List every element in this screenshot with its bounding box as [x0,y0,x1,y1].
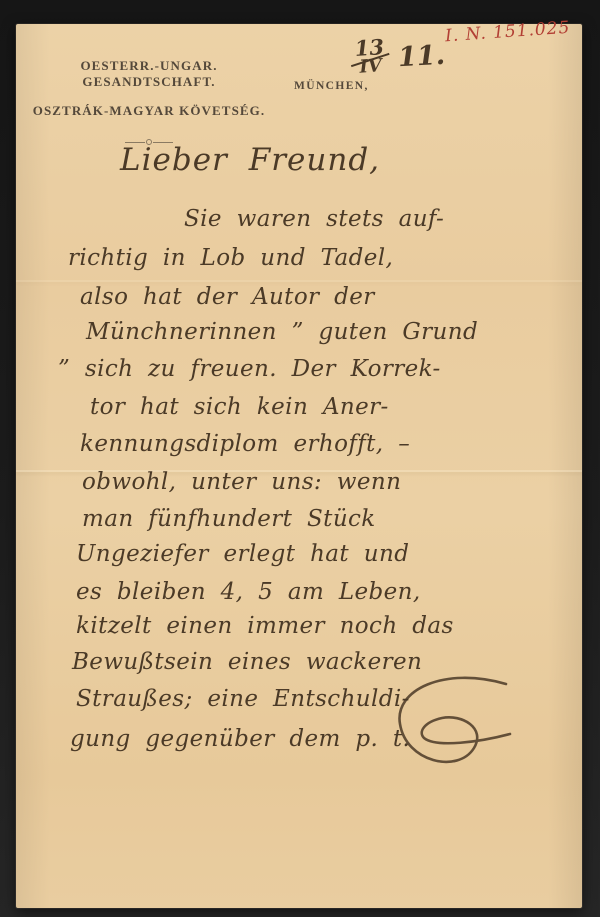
handwriting-line: man fünfhundert Stück [82,504,376,534]
handwriting-line: gung gegenüber dem p. t. [70,724,410,754]
handwriting-line: ” sich zu freuen. Der Korrek- [58,354,441,384]
handwriting-line: Straußes; eine Entschuldi- [76,684,410,714]
date-year: 11. [397,40,446,73]
date-fraction: 13 IV [349,37,391,77]
archive-inventory-number: I. N. 151.025 [444,18,571,47]
letterhead-hungarian: OSZTRÁK-MAGYAR KÖVETSÉG. [30,103,268,119]
letterhead: OESTERR.-UNGAR. GESANDTSCHAFT. OSZTRÁK-M… [30,58,268,145]
handwriting-line: Bewußtsein eines wackeren [72,647,422,677]
handwriting-line: obwohl, unter uns: wenn [82,467,401,497]
handwriting-line: es bleiben 4, 5 am Leben, [76,577,421,607]
handwriting-line: Sie waren stets auf- [184,204,444,234]
handwriting-line: richtig in Lob und Tadel, [68,243,393,273]
handwriting-line: kennungsdiplom erhofft, – [80,429,410,459]
handwritten-date: 13 IV 11. [350,38,445,75]
scan-background: I. N. 151.025 OESTERR.-UNGAR. GESANDTSCH… [0,0,600,917]
place-label: MÜNCHEN, [294,80,369,92]
handwriting-line: Ungeziefer erlegt hat und [76,539,409,569]
handwriting-line: Münchnerinnen ” guten Grund [86,317,478,347]
letterhead-german: OESTERR.-UNGAR. GESANDTSCHAFT. [30,58,268,90]
handwriting-line: also hat der Autor der [80,282,375,312]
letter-paper: I. N. 151.025 OESTERR.-UNGAR. GESANDTSCH… [16,24,582,908]
handwriting-line: tor hat sich kein Aner- [90,392,389,422]
salutation: Lieber Freund, [120,142,380,178]
handwriting-line: kitzelt einen immer noch das [76,611,454,641]
